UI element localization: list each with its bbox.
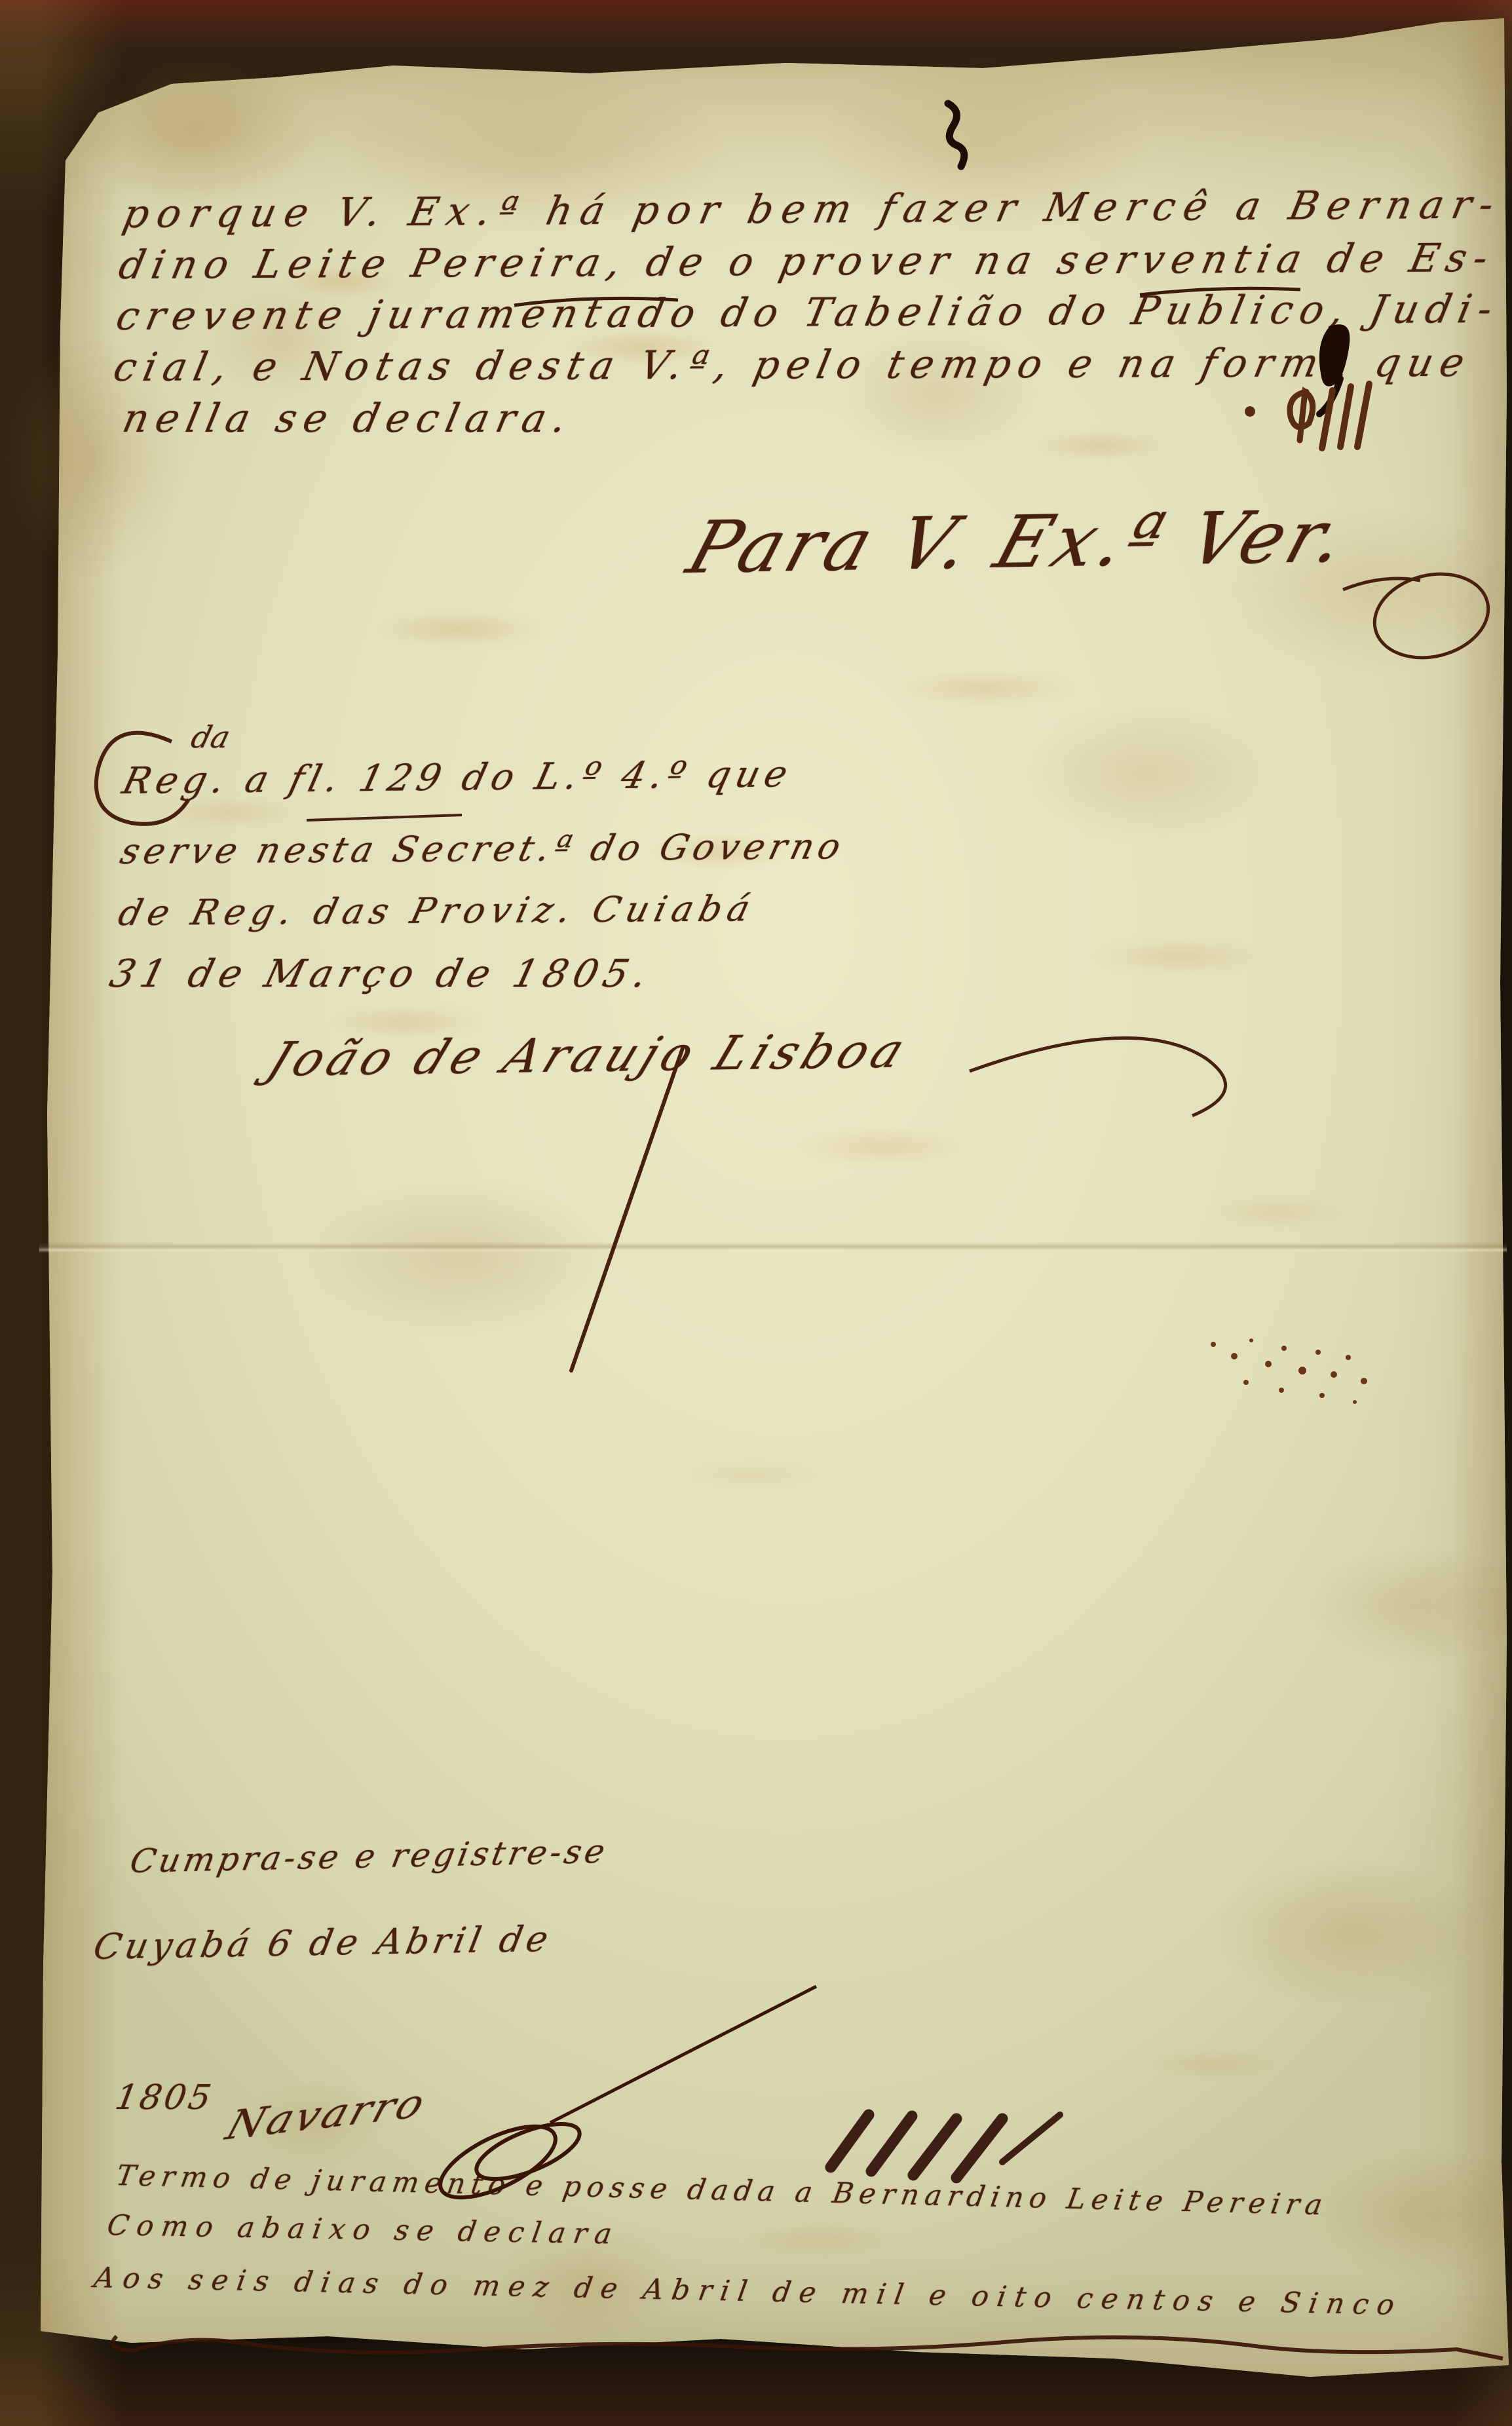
scan-background: porque V. Ex.ª há por bem fazer Mercê a …: [0, 0, 1512, 2426]
paragraph-line-1: porque V. Ex.ª há por bem fazer Mercê a …: [119, 181, 1506, 237]
paragraph-line-2: dino Leite Pereira, de o prover na serve…: [115, 235, 1499, 288]
order-line-3: 1805: [112, 2078, 216, 2117]
paragraph-line-4: cial, e Notas desta V.ª, pelo tempo e na…: [109, 340, 1475, 390]
paragraph-line-3: crevente juramentado do Tabelião do Publ…: [112, 286, 1503, 339]
registration-line-1: Reg. a fl. 129 do L.º 4.º que: [118, 753, 797, 803]
registration-line-2: serve nesta Secret.ª do Governo: [117, 825, 850, 872]
paragraph-line-5: nella se declara.: [119, 396, 578, 442]
registration-signature: João de Araujo Lisboa: [260, 1023, 918, 1087]
registration-line-4: 31 de Março de 1805.: [105, 951, 658, 996]
registration-line-3: de Reg. das Proviz. Cuiabá: [115, 888, 760, 934]
order-line-2: Cuyabá 6 de Abril de: [90, 1918, 556, 1967]
docket-para-ver: Para V. Ex.ª Ver.: [679, 495, 1359, 590]
